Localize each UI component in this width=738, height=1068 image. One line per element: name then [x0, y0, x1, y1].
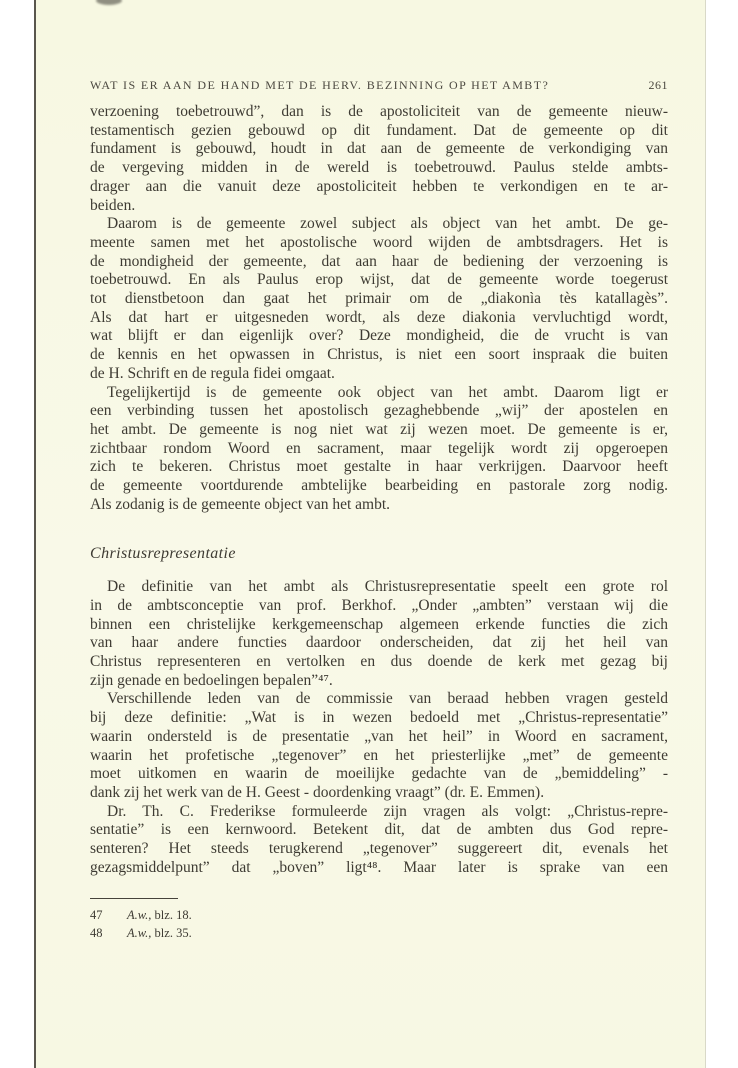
text-line: meente samen met het apostolische woord …	[90, 234, 668, 253]
text-line: Verschillende leden van de commissie van…	[90, 690, 668, 709]
text-line: Dr. Th. C. Frederikse formuleerde zijn v…	[90, 803, 668, 822]
text-line: zichtbaar rondom Woord en sacrament, maa…	[90, 440, 668, 459]
footnote-rule	[90, 898, 178, 899]
text-line: het ambt. De gemeente is nog niet wat zi…	[90, 421, 668, 440]
footnotes: 47A.w., blz. 18.48A.w., blz. 35.	[90, 898, 668, 942]
text-line: dank zij het werk van de H. Geest - door…	[90, 784, 668, 803]
running-header: WAT IS ER AAN DE HAND MET DE HERV. BEZIN…	[90, 78, 668, 93]
text-line: bij deze definitie: „Wat is in wezen bed…	[90, 709, 668, 728]
text-line: de vergeving midden in de wereld is toeb…	[90, 159, 668, 178]
paragraph: Verschillende leden van de commissie van…	[90, 690, 668, 802]
footnote-work-reference: A.w.,	[127, 926, 151, 940]
book-page: WAT IS ER AAN DE HAND MET DE HERV. BEZIN…	[34, 0, 706, 1068]
text-line: verzoening toebetrouwd”, dan is de apost…	[90, 103, 668, 122]
footnote-text: blz. 18.	[151, 908, 191, 922]
text-line: drager aan die vanuit deze apostolicitei…	[90, 178, 668, 197]
text-line: een verbinding tussen het apostolisch ge…	[90, 402, 668, 421]
paragraph: Daarom is de gemeente zowel subject als …	[90, 215, 668, 383]
text-line: van haar andere functies daardoor onders…	[90, 634, 668, 653]
running-header-title: WAT IS ER AAN DE HAND MET DE HERV. BEZIN…	[90, 78, 549, 93]
text-line: de kennis en het opwassen in Christus, i…	[90, 346, 668, 365]
text-line: de gemeente voortdurende ambtelijke bear…	[90, 477, 668, 496]
text-line: de mondigheid der gemeente, dat aan haar…	[90, 253, 668, 272]
text-line: wat blijft er dan eigenlijk over? Deze m…	[90, 327, 668, 346]
text-line: De definitie van het ambt als Christusre…	[90, 578, 668, 597]
scan-artifact	[96, 0, 122, 5]
text-line: waarin ondersteld is de presentatie „van…	[90, 728, 668, 747]
footnote: 48A.w., blz. 35.	[90, 924, 668, 942]
text-line: Daarom is de gemeente zowel subject als …	[90, 215, 668, 234]
text-line: Als zodanig is de gemeente object van he…	[90, 496, 668, 515]
paragraph: Dr. Th. C. Frederikse formuleerde zijn v…	[90, 803, 668, 878]
text-line: toebetrouwd. En als Paulus erop wijst, d…	[90, 271, 668, 290]
text-line: waarin het profetische „tegenover” en he…	[90, 747, 668, 766]
page-number: 261	[639, 78, 669, 93]
scanned-book-page: { "header": { "title": "WAT IS ER AAN DE…	[0, 0, 738, 1068]
text-line: fundament is gebouwd, houdt in dat aan d…	[90, 140, 668, 159]
text-line: gezagsmiddelpunt” dat „boven” ligt⁴⁸. Ma…	[90, 859, 668, 878]
footnote: 47A.w., blz. 18.	[90, 906, 668, 924]
section-heading: Christusrepresentatie	[90, 545, 668, 564]
text-line: Christus representeren en vertolken en d…	[90, 653, 668, 672]
text-line: in de ambtsconceptie van prof. Berkhof. …	[90, 597, 668, 616]
footnote-list: 47A.w., blz. 18.48A.w., blz. 35.	[90, 906, 668, 942]
paragraph: De definitie van het ambt als Christusre…	[90, 578, 668, 690]
text-line: Tegelijkertijd is de gemeente ook object…	[90, 384, 668, 403]
text-line: zijn genade en bedoelingen bepalen”⁴⁷.	[90, 672, 668, 691]
text-line: binnen een christelijke kerkgemeenschap …	[90, 616, 668, 635]
text-line: zich te bekeren. Christus moet gestalte …	[90, 458, 668, 477]
text-line: testamentisch gezien gebouwd op dit fund…	[90, 122, 668, 141]
footnote-text: blz. 35.	[151, 926, 191, 940]
footnote-number: 48	[90, 924, 127, 942]
paragraph: verzoening toebetrouwd”, dan is de apost…	[90, 103, 668, 215]
footnote-work-reference: A.w.,	[127, 908, 151, 922]
text-line: moet uitkomen en waarin de moeilijke ged…	[90, 765, 668, 784]
text-line: sentatie” is een kernwoord. Betekent dit…	[90, 821, 668, 840]
body-text: verzoening toebetrouwd”, dan is de apost…	[90, 103, 668, 877]
text-line: senteren? Het steeds terugkerend „tegeno…	[90, 840, 668, 859]
text-line: beiden.	[90, 197, 668, 216]
text-line: de H. Schrift en de regula fidei omgaat.	[90, 365, 668, 384]
paragraph: Tegelijkertijd is de gemeente ook object…	[90, 384, 668, 515]
text-line: tot dienstbetoon dan gaat het primair om…	[90, 290, 668, 309]
footnote-number: 47	[90, 906, 127, 924]
text-line: Als dat hart er uitgesneden wordt, als d…	[90, 309, 668, 328]
